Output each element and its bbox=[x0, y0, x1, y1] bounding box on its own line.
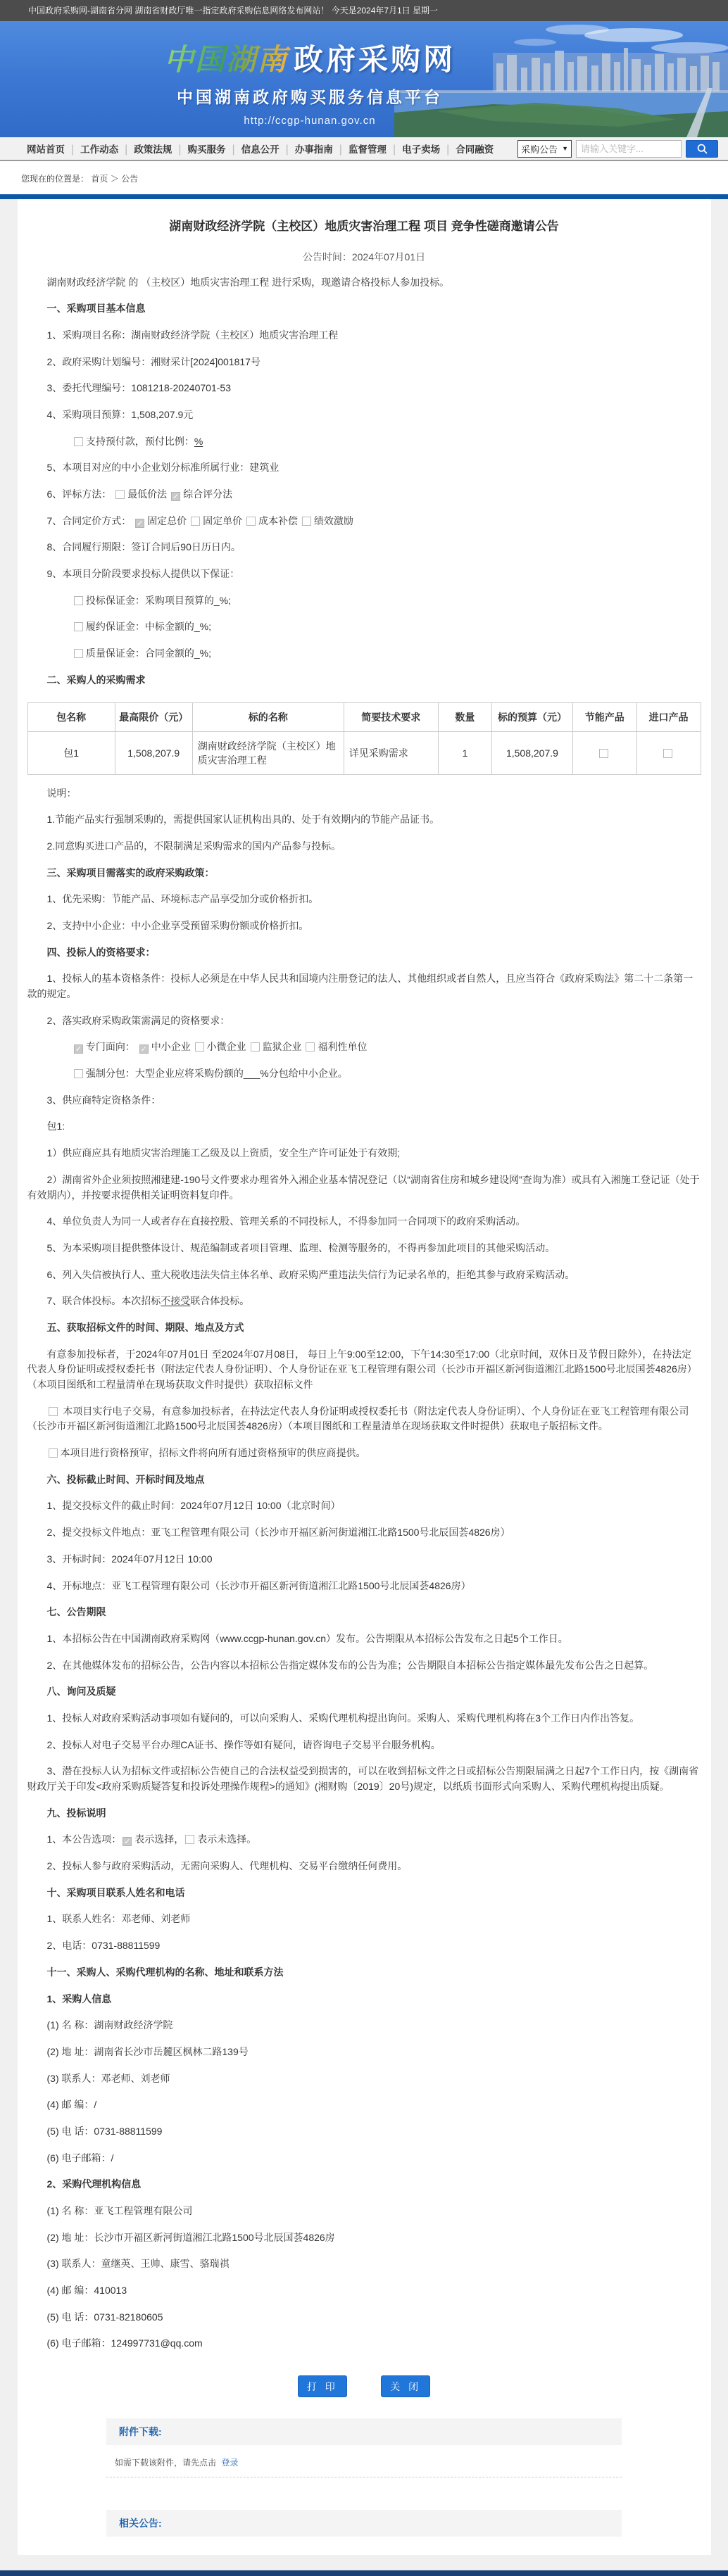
table-header-cell: 标的预算（元） bbox=[492, 702, 573, 731]
doc-paragraph: 4、单位负责人为同一人或者存在直接控股、管理关系的不同投标人，不得参加同一合同项… bbox=[27, 1214, 701, 1230]
action-buttons: 打 印 关 闭 bbox=[27, 2375, 701, 2397]
breadcrumb-separator: ＞ bbox=[111, 174, 119, 184]
checkbox-unchecked-icon bbox=[74, 649, 83, 658]
doc-paragraph: 1、联系人姓名：邓老师、刘老师 bbox=[27, 1912, 701, 1927]
doc-paragraph: 5、为本采购项目提供整体设计、规范编制或者项目管理、监理、检测等服务的，不得再参… bbox=[27, 1241, 701, 1256]
doc-paragraph: (2) 地 址：长沙市开福区新河街道湘江北路1500号北辰国荟4826房 bbox=[27, 2230, 701, 2246]
doc-paragraph: (6) 电子邮箱：/ bbox=[27, 2151, 701, 2166]
nav-item[interactable]: 信息公开 bbox=[241, 144, 280, 155]
doc-paragraph: 本项目实行电子交易，有意参加投标者，在持法定代表人身份证明或授权委托书（附法定代… bbox=[27, 1404, 701, 1434]
close-button[interactable]: 关 闭 bbox=[381, 2375, 430, 2397]
doc-paragraph: (2) 地 址：湖南省长沙市岳麓区枫林二路139号 bbox=[27, 2045, 701, 2060]
table-header-cell: 标的名称 bbox=[192, 702, 344, 731]
section-heading: 一、采购项目基本信息 bbox=[27, 301, 701, 317]
checkbox-unchecked-icon bbox=[251, 1042, 260, 1052]
doc-paragraph: 1、投标人对政府采购活动事项如有疑问的，可以向采购人、采购代理机构提出询问。采购… bbox=[27, 1711, 701, 1726]
doc-paragraph: 3、委托代理编号：1081218-20240701-53 bbox=[27, 381, 701, 396]
section-heading: 九、投标说明 bbox=[27, 1806, 701, 1821]
table-header-cell: 包名称 bbox=[27, 702, 115, 731]
checkbox-unchecked-icon bbox=[74, 596, 83, 605]
table-header-cell: 最高限价（元） bbox=[115, 702, 192, 731]
announcement-date: 公告时间：2024年07月01日 bbox=[27, 250, 701, 264]
doc-paragraph: 1、本公告选项：✓表示选择，表示未选择。 bbox=[27, 1832, 701, 1848]
checkbox-unchecked-icon bbox=[49, 1407, 58, 1416]
nav-separator: | bbox=[339, 144, 342, 156]
checkbox-unchecked-icon bbox=[74, 622, 83, 631]
table-header-cell: 数量 bbox=[438, 702, 491, 731]
section-heading: 十、采购项目联系人姓名和电话 bbox=[27, 1886, 701, 1901]
doc-paragraph: 2.同意购买进口产品的，不限制满足采购需求的国内产品参与投标。 bbox=[27, 839, 701, 854]
doc-paragraph: 1、投标人的基本资格条件：投标人必须是在中华人民共和国境内注册登记的法人、其他组… bbox=[27, 971, 701, 1002]
table-header-cell: 进口产品 bbox=[636, 702, 701, 731]
related-announcements-header: 相关公告: bbox=[106, 2510, 622, 2537]
table-header-row: 包名称最高限价（元）标的名称简要技术要求数量标的预算（元）节能产品进口产品 bbox=[27, 702, 701, 731]
section-heading: 1、采购人信息 bbox=[27, 1992, 701, 2007]
attachment-download-header: 附件下载: bbox=[106, 2418, 622, 2445]
search-icon bbox=[696, 143, 708, 155]
doc-paragraph: 7、合同定价方式： ✓固定总价 固定单价 成本补偿 绩效激励 bbox=[27, 514, 701, 529]
doc-paragraph: 强制分包：大型企业应将采购份额的___%分包给中小企业。 bbox=[27, 1066, 701, 1082]
doc-paragraph: 2、在其他媒体发布的招标公告，公告内容以本招标公告指定媒体发布的公告为准；公告期… bbox=[27, 1658, 701, 1674]
doc-paragraph: (1) 名 称：亚飞工程管理有限公司 bbox=[27, 2204, 701, 2219]
table-cell: 1 bbox=[438, 731, 491, 774]
nav-item[interactable]: 工作动态 bbox=[80, 144, 118, 155]
chevron-down-icon: ▼ bbox=[562, 145, 568, 152]
doc-paragraph: 2、支持中小企业：中小企业享受预留采购份额或价格折扣。 bbox=[27, 918, 701, 934]
announcement-container: 湖南财政经济学院（主校区）地质灾害治理工程 项目 竞争性磋商邀请公告 公告时间：… bbox=[18, 199, 711, 2555]
doc-paragraph: 1、采购项目名称：湖南财政经济学院（主校区）地质灾害治理工程 bbox=[27, 328, 701, 343]
doc-paragraph: 履约保证金：中标金额的_%; bbox=[27, 619, 701, 635]
table-cell: 包1 bbox=[27, 731, 115, 774]
nav-item[interactable]: 监督管理 bbox=[349, 144, 387, 155]
doc-paragraph: 9、本项目分阶段要求投标人提供以下保证： bbox=[27, 567, 701, 582]
checkbox-unchecked-icon bbox=[599, 749, 608, 758]
print-button[interactable]: 打 印 bbox=[298, 2375, 347, 2397]
section-heading: 十一、采购人、采购代理机构的名称、地址和联系方法 bbox=[27, 1965, 701, 1981]
doc-paragraph: (3) 联系人：童继英、王帅、康雪、骆瑞祺 bbox=[27, 2256, 701, 2272]
checkbox-checked-icon: ✓ bbox=[171, 492, 180, 501]
doc-paragraph: 6、评标方法： 最低价法 ✓综合评分法 bbox=[27, 487, 701, 503]
site-banner: 中国湖南政府采购网 中国湖南政府购买服务信息平台 http://ccgp-hun… bbox=[0, 21, 728, 137]
doc-paragraph: 投标保证金：采购项目预算的_%; bbox=[27, 593, 701, 609]
main-nav: 网站首页|工作动态|政策法规|购买服务|信息公开|办事指南|监督管理|电子卖场|… bbox=[0, 137, 728, 161]
checkbox-checked-icon: ✓ bbox=[123, 1837, 132, 1846]
table-cell bbox=[572, 731, 636, 774]
top-notice-bar: 中国政府采购网-湖南省分网 湖南省财政厅唯一指定政府采购信息网络发布网站！ 今天… bbox=[0, 0, 728, 21]
doc-paragraph: 2、投标人参与政府采购活动，无需向采购人、代理机构、交易平台缴纳任何费用。 bbox=[27, 1859, 701, 1874]
search-input[interactable] bbox=[576, 140, 682, 158]
nav-separator: | bbox=[125, 144, 127, 156]
checkbox-unchecked-icon bbox=[246, 517, 256, 526]
site-logo-calligraphy: 中国湖南 bbox=[164, 43, 294, 76]
doc-paragraph: 质量保证金：合同金额的_%; bbox=[27, 646, 701, 662]
checkbox-unchecked-icon bbox=[663, 749, 672, 758]
doc-paragraph: 1）供应商应具有地质灾害治理施工乙级及以上资质，安全生产许可证处于有效期; bbox=[27, 1146, 701, 1161]
attachment-section: 附件下载: 如需下载该附件，请先点击 登录 相关公告: bbox=[106, 2418, 622, 2537]
doc-paragraph: 5、本项目对应的中小企业划分标准所属行业：建筑业 bbox=[27, 460, 701, 476]
doc-paragraph: 2、电话：0731-88811599 bbox=[27, 1938, 701, 1954]
table-cell bbox=[636, 731, 701, 774]
table-header-cell: 节能产品 bbox=[572, 702, 636, 731]
checkbox-checked-icon: ✓ bbox=[74, 1044, 83, 1054]
table-cell: 详见采购需求 bbox=[344, 731, 438, 774]
nav-separator: | bbox=[446, 144, 449, 156]
nav-separator: | bbox=[71, 144, 74, 156]
checkbox-checked-icon: ✓ bbox=[139, 1044, 149, 1054]
table-header-cell: 简要技术要求 bbox=[344, 702, 438, 731]
banner-text-block: 中国湖南政府采购网 中国湖南政府购买服务信息平台 http://ccgp-hun… bbox=[99, 37, 521, 127]
doc-blocks: 湖南财政经济学院 的 （主校区）地质灾害治理工程 进行采购，现邀请合格投标人参加… bbox=[27, 275, 701, 2352]
doc-paragraph: 包1: bbox=[27, 1119, 701, 1135]
nav-separator: | bbox=[393, 144, 396, 156]
nav-item[interactable]: 电子卖场 bbox=[402, 144, 440, 155]
checkbox-unchecked-icon bbox=[49, 1448, 58, 1458]
section-heading: 八、询问及质疑 bbox=[27, 1684, 701, 1700]
section-heading: 2、采购代理机构信息 bbox=[27, 2177, 701, 2192]
search-category-select[interactable]: 采购公告 ▼ bbox=[517, 140, 572, 158]
section-heading: 二、采购人的采购需求 bbox=[27, 673, 701, 688]
doc-paragraph: 湖南财政经济学院 的 （主校区）地质灾害治理工程 进行采购，现邀请合格投标人参加… bbox=[27, 275, 701, 291]
doc-paragraph: 3、开标时间：2024年07月12日 10:00 bbox=[27, 1552, 701, 1567]
banner-subtitle: 中国湖南政府购买服务信息平台 bbox=[99, 84, 521, 108]
nav-item[interactable]: 购买服务 bbox=[187, 144, 225, 155]
doc-paragraph: 3、供应商特定资格条件： bbox=[27, 1093, 701, 1109]
checkbox-unchecked-icon bbox=[115, 490, 125, 499]
section-heading: 五、获取招标文件的时间、期限、地点及方式 bbox=[27, 1320, 701, 1336]
nav-separator: | bbox=[286, 144, 289, 156]
underlined-text: % bbox=[194, 436, 203, 447]
nav-item[interactable]: 合同融资 bbox=[456, 144, 494, 155]
login-link[interactable]: 登录 bbox=[221, 2458, 238, 2468]
doc-paragraph: 2、提交投标文件地点：亚飞工程管理有限公司（长沙市开福区新河街道湘江北路1500… bbox=[27, 1525, 701, 1541]
doc-paragraph: 1、本招标公告在中国湖南政府采购网（www.ccgp-hunan.gov.cn）… bbox=[27, 1631, 701, 1647]
section-heading: 三、采购项目需落实的政府采购政策： bbox=[27, 866, 701, 881]
doc-paragraph: (6) 电子邮箱：124997731@qq.com bbox=[27, 2336, 701, 2351]
table-row: 包11,508,207.9湖南财政经济学院（主校区）地质灾害治理工程详见采购需求… bbox=[27, 731, 701, 774]
doc-paragraph: (1) 名 称：湖南财政经济学院 bbox=[27, 2018, 701, 2033]
breadcrumb-prefix: 您现在的位置是： bbox=[21, 174, 89, 184]
doc-paragraph: 4、采购项目预算：1,508,207.9元 bbox=[27, 408, 701, 423]
table-cell: 1,508,207.9 bbox=[492, 731, 573, 774]
table-cell: 湖南财政经济学院（主校区）地质灾害治理工程 bbox=[192, 731, 344, 774]
breadcrumb: 您现在的位置是： 首页 ＞ 公告 bbox=[0, 161, 728, 194]
doc-paragraph: 6、列入失信被执行人、重大税收违法失信主体名单、政府采购严重违法失信行为记录名单… bbox=[27, 1268, 701, 1283]
doc-paragraph: 2、落实政府采购政策需满足的资格要求： bbox=[27, 1014, 701, 1029]
search-category-value: 采购公告 bbox=[521, 142, 558, 156]
doc-paragraph: 有意参加投标者，于2024年07月01日 至2024年07月08日， 每日上午9… bbox=[27, 1347, 701, 1393]
doc-paragraph: (4) 邮 编：410013 bbox=[27, 2283, 701, 2299]
nav-separator: | bbox=[178, 144, 181, 156]
nav-separator: | bbox=[232, 144, 234, 156]
requirements-table: 包名称最高限价（元）标的名称简要技术要求数量标的预算（元）节能产品进口产品包11… bbox=[27, 702, 701, 775]
doc-paragraph: 8、合同履行期限：签订合同后90日历日内。 bbox=[27, 540, 701, 555]
checkbox-unchecked-icon bbox=[191, 517, 200, 526]
doc-paragraph: 2）湖南省外企业须按照湘建建-190号文件要求办理省外入湘企业基本情况登记（以“… bbox=[27, 1173, 701, 1203]
doc-paragraph: (4) 邮 编：/ bbox=[27, 2097, 701, 2113]
attachment-hint-text: 如需下载该附件，请先点击 bbox=[115, 2458, 216, 2468]
checkbox-unchecked-icon bbox=[74, 1069, 83, 1078]
checkbox-unchecked-icon bbox=[74, 437, 83, 446]
banner-url: http://ccgp-hunan.gov.cn bbox=[99, 115, 521, 127]
checkbox-unchecked-icon bbox=[185, 1835, 194, 1844]
checkbox-unchecked-icon bbox=[195, 1042, 204, 1052]
doc-paragraph: 4、开标地点：亚飞工程管理有限公司（长沙市开福区新河街道湘江北路1500号北辰国… bbox=[27, 1579, 701, 1594]
doc-paragraph: 2、政府采购计划编号：湘财采计[2024]001817号 bbox=[27, 355, 701, 370]
breadcrumb-current-link[interactable]: 公告 bbox=[121, 174, 138, 184]
section-heading: 六、投标截止时间、开标时间及地点 bbox=[27, 1472, 701, 1488]
doc-paragraph: 2、投标人对电子交易平台办理CA证书、操作等如有疑问，请咨询电子交易平台服务机构… bbox=[27, 1738, 701, 1753]
doc-paragraph: (3) 联系人：邓老师、刘老师 bbox=[27, 2071, 701, 2087]
doc-paragraph: 说明： bbox=[27, 786, 701, 802]
doc-paragraph: 1.节能产品实行强制采购的，需提供国家认证机构出具的、处于有效期内的节能产品证书… bbox=[27, 812, 701, 828]
doc-paragraph: 1、优先采购：节能产品、环境标志产品享受加分或价格折扣。 bbox=[27, 892, 701, 907]
nav-item[interactable]: 办事指南 bbox=[295, 144, 333, 155]
checkbox-unchecked-icon bbox=[306, 1042, 315, 1052]
doc-paragraph: ✓专门面向： ✓中小企业 小微企业 监狱企业 福利性单位 bbox=[27, 1040, 701, 1055]
doc-paragraph: 1、提交投标文件的截止时间：2024年07月12日 10:00（北京时间） bbox=[27, 1498, 701, 1514]
nav-links: 网站首页|工作动态|政策法规|购买服务|信息公开|办事指南|监督管理|电子卖场|… bbox=[27, 141, 517, 156]
blue-divider bbox=[0, 194, 728, 199]
search-button[interactable] bbox=[686, 140, 718, 158]
doc-paragraph: (5) 电 话：0731-82180605 bbox=[27, 2310, 701, 2325]
section-heading: 四、投标人的资格要求： bbox=[27, 945, 701, 961]
doc-paragraph: 本项目进行资格预审，招标文件将向所有通过资格预审的供应商提供。 bbox=[27, 1446, 701, 1461]
table-cell: 1,508,207.9 bbox=[115, 731, 192, 774]
checkbox-unchecked-icon bbox=[302, 517, 311, 526]
search-box: 采购公告 ▼ bbox=[517, 140, 718, 158]
attachment-login-hint: 如需下载该附件，请先点击 登录 bbox=[106, 2445, 622, 2477]
announcement-title: 湖南财政经济学院（主校区）地质灾害治理工程 项目 竞争性磋商邀请公告 bbox=[49, 217, 680, 236]
checkbox-checked-icon: ✓ bbox=[135, 519, 144, 528]
nav-item[interactable]: 网站首页 bbox=[27, 144, 65, 155]
doc-paragraph: (5) 电 话：0731-88811599 bbox=[27, 2124, 701, 2140]
doc-paragraph: 3、潜在投标人认为招标文件或招标公告使自己的合法权益受到损害的，可以在收到招标文… bbox=[27, 1764, 701, 1794]
underlined-text: 不接受 bbox=[161, 1295, 190, 1306]
top-notice-text: 中国政府采购网-湖南省分网 湖南省财政厅唯一指定政府采购信息网络发布网站！ 今天… bbox=[28, 6, 438, 15]
breadcrumb-home-link[interactable]: 首页 bbox=[91, 174, 108, 184]
section-heading: 七、公告期限 bbox=[27, 1605, 701, 1620]
doc-paragraph: 7、联合体投标。本次招标不接受联合体投标。 bbox=[27, 1294, 701, 1309]
site-logo-title: 政府采购网 bbox=[294, 43, 456, 76]
nav-item[interactable]: 政策法规 bbox=[134, 144, 172, 155]
footer-bar bbox=[0, 2570, 728, 2576]
doc-paragraph: 支持预付款，预付比例：% bbox=[27, 434, 701, 450]
